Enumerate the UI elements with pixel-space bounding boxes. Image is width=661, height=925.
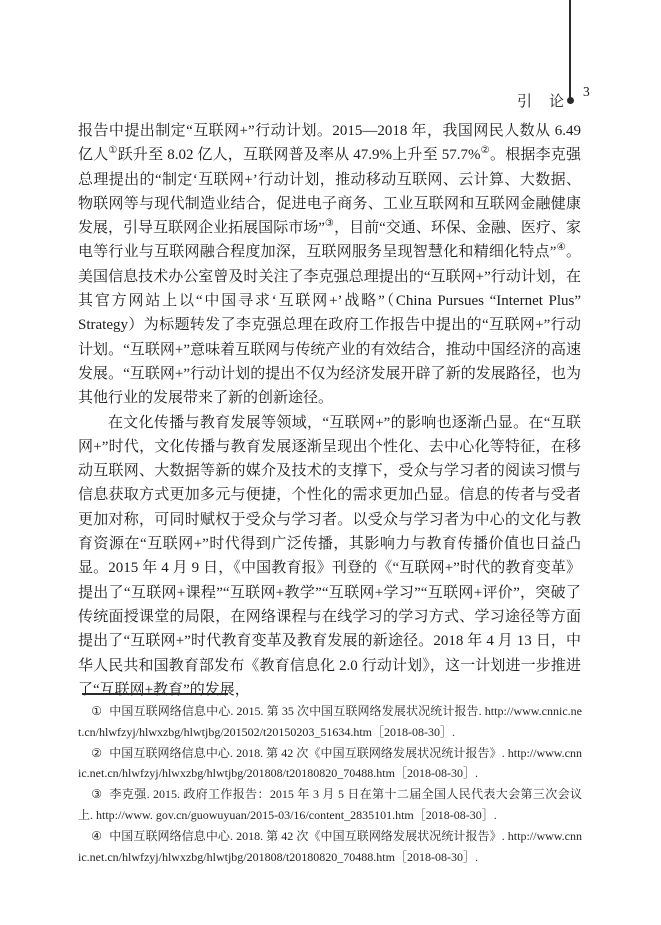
footnote: ③李克强. 2015. 政府工作报告：2015 年 3 月 5 日在第十二届全国… xyxy=(78,784,582,826)
body-paragraph: 在文化传播与教育发展等领域，“互联网+”的影响也逐渐凸显。在“互联网+”时代，文… xyxy=(78,411,581,703)
body-text-block: 报告中提出制定“互联网+”行动计划。2015—2018 年，我国网民人数从 6.… xyxy=(78,119,581,702)
footnotes-block: ①中国互联网络信息中心. 2015. 第 35 次中国互联网络发展状况统计报告.… xyxy=(78,701,582,867)
footnote-marker: ② xyxy=(91,746,102,760)
body-paragraph: 报告中提出制定“互联网+”行动计划。2015—2018 年，我国网民人数从 6.… xyxy=(78,119,581,411)
footnote-marker: ④ xyxy=(91,829,102,843)
footnote: ④中国互联网络信息中心. 2018. 第 42 次《中国互联网络发展状况统计报告… xyxy=(78,826,582,868)
footnote-separator-rule xyxy=(82,693,228,695)
header-vertical-rule xyxy=(569,0,571,100)
page-number: 3 xyxy=(583,84,590,100)
footnote-text: 中国互联网络信息中心. 2018. 第 42 次《中国互联网络发展状况统计报告》… xyxy=(78,746,582,781)
book-page: 引 论 3 报告中提出制定“互联网+”行动计划。2015—2018 年，我国网民… xyxy=(0,0,661,925)
footnote-marker: ③ xyxy=(91,787,102,801)
header-dot-ornament xyxy=(567,97,574,104)
footnote-marker: ① xyxy=(91,704,102,718)
footnote: ②中国互联网络信息中心. 2018. 第 42 次《中国互联网络发展状况统计报告… xyxy=(78,743,582,785)
footnote-text: 中国互联网络信息中心. 2015. 第 35 次中国互联网络发展状况统计报告. … xyxy=(78,704,582,739)
footnote: ①中国互联网络信息中心. 2015. 第 35 次中国互联网络发展状况统计报告.… xyxy=(78,701,582,743)
footnote-text: 中国互联网络信息中心. 2018. 第 42 次《中国互联网络发展状况统计报告》… xyxy=(78,829,582,864)
footnote-text: 李克强. 2015. 政府工作报告：2015 年 3 月 5 日在第十二届全国人… xyxy=(78,787,582,822)
running-head-title: 引 论 xyxy=(0,90,565,111)
